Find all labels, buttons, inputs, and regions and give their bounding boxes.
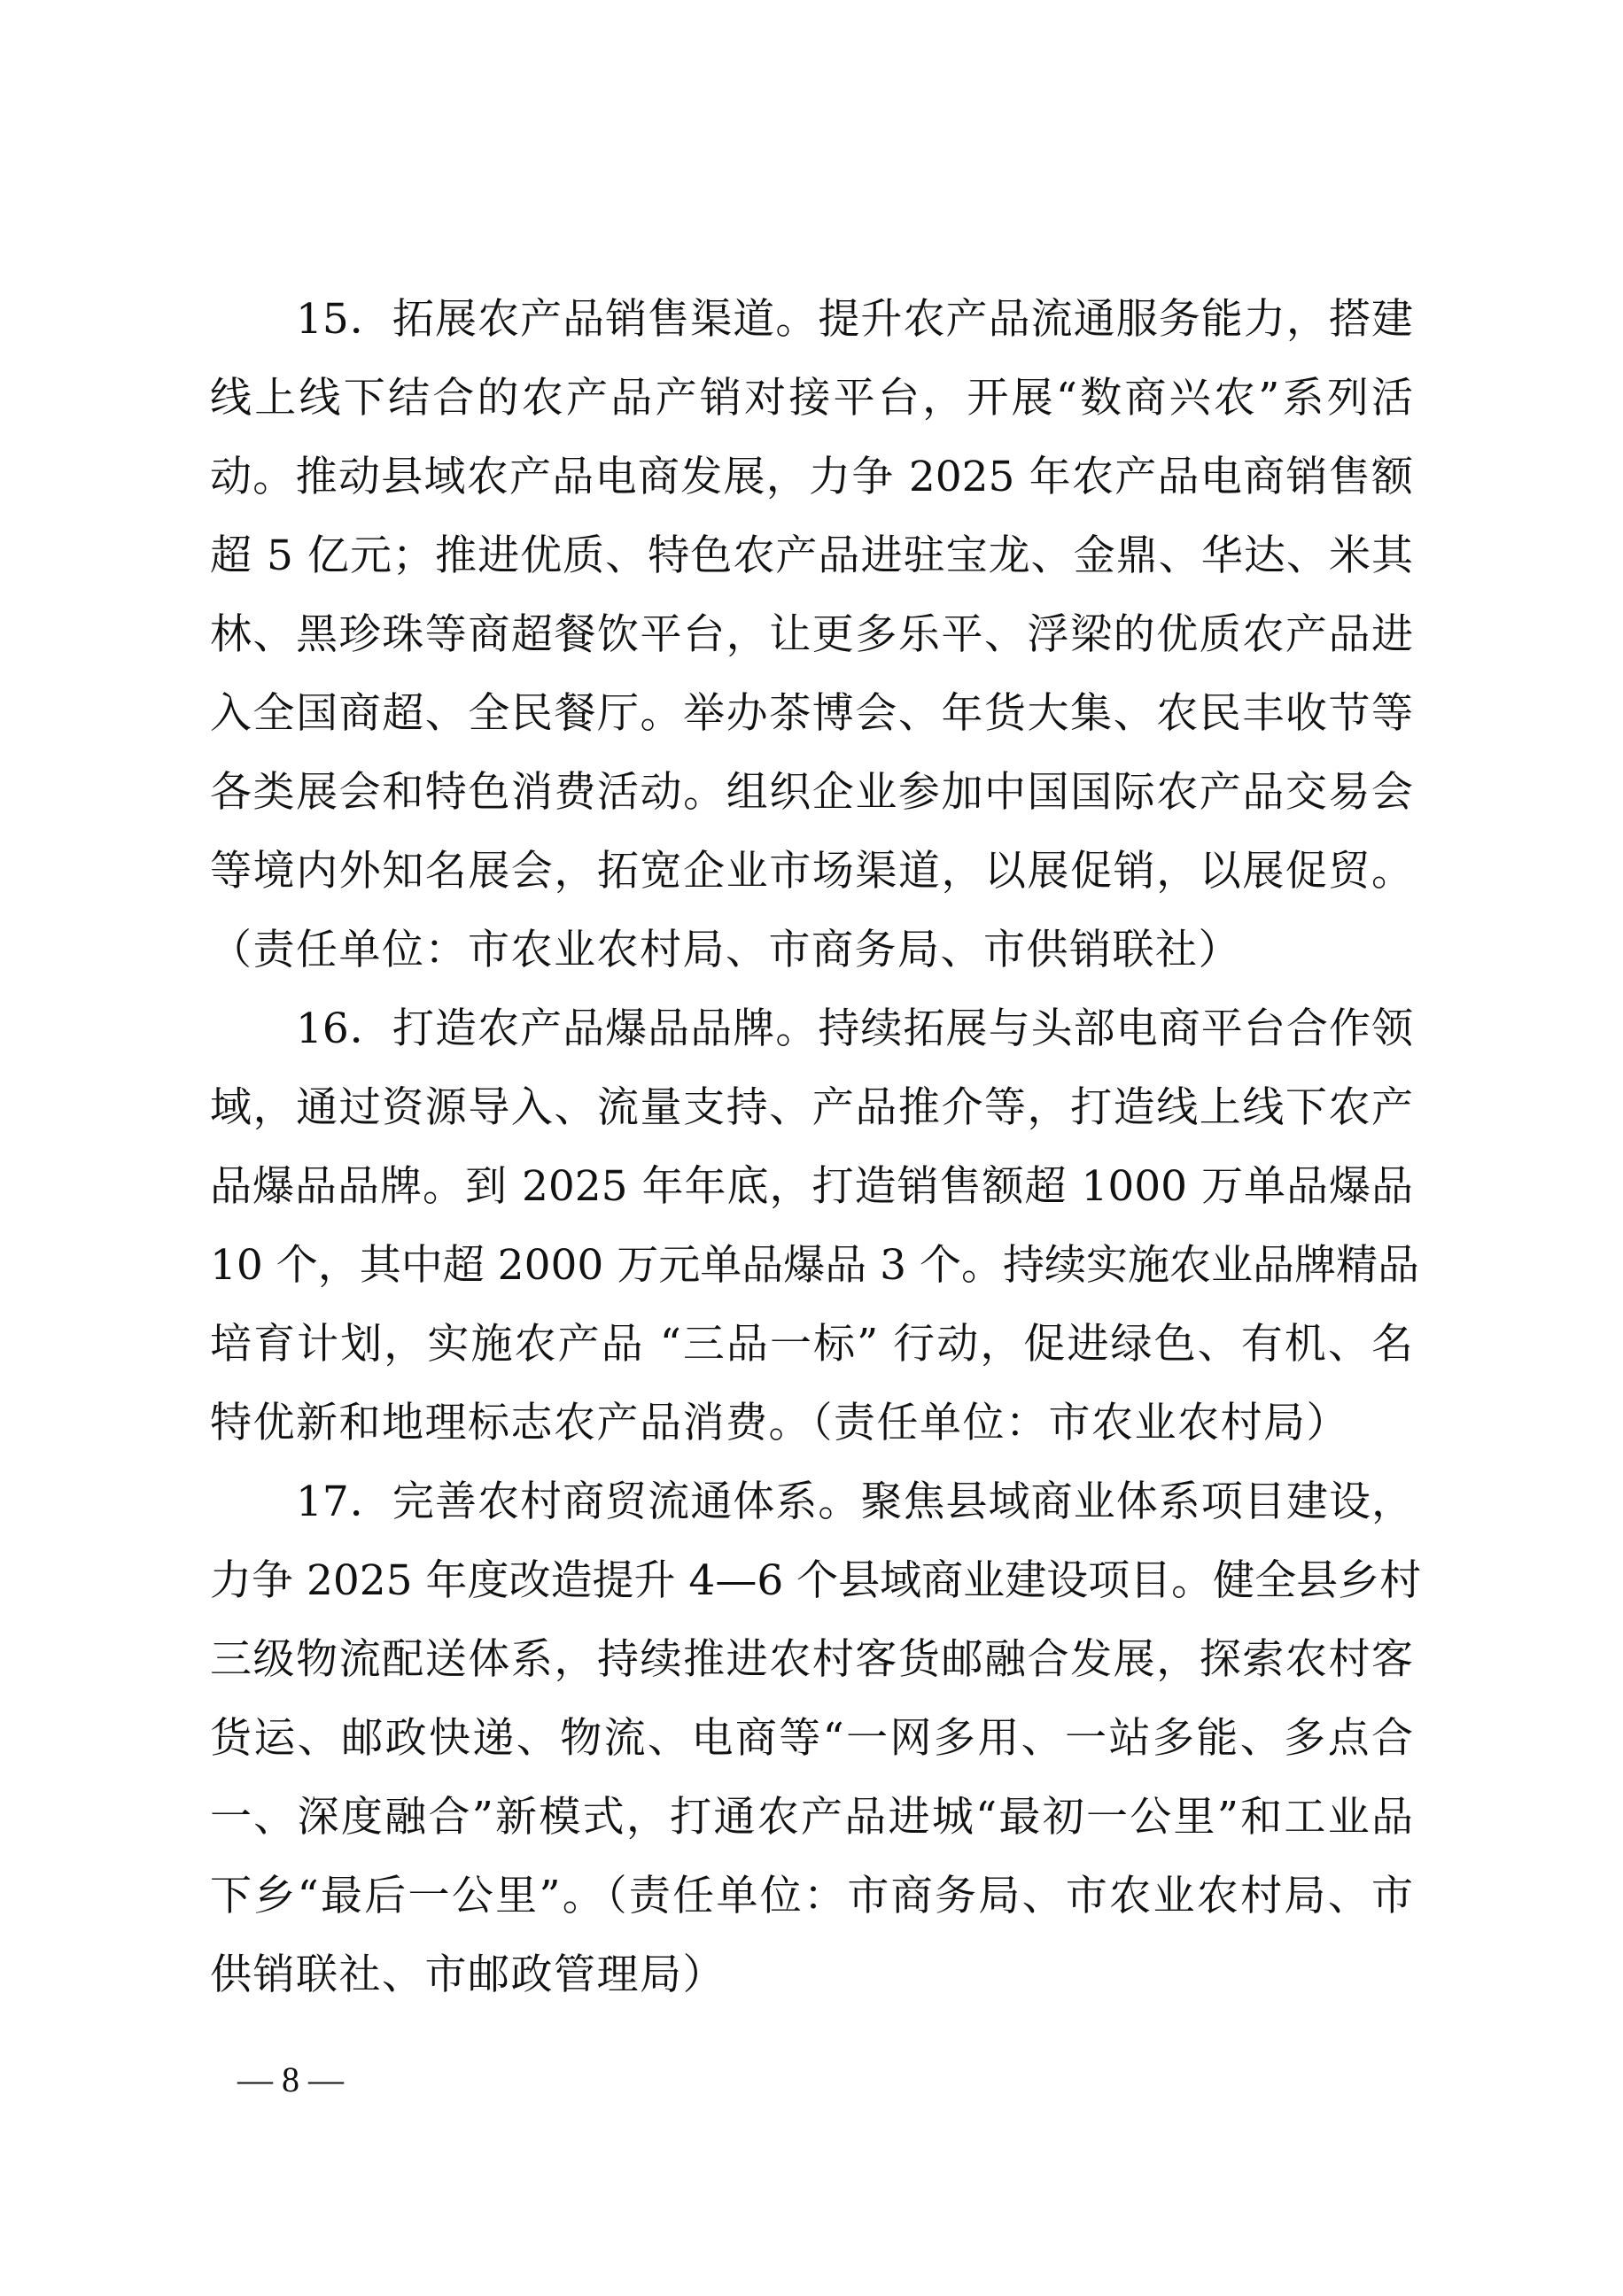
text-line: 超 5 亿元；推进优质、特色农产品进驻宝龙、金鼎、华达、米其 (210, 516, 1413, 595)
responsible-units-line: （责任单位：市农业农村局、市商务局、市供销联社） (210, 911, 1413, 989)
text-line: 10 个，其中超 2000 万元单品爆品 3 个。持续实施农业品牌精品 (210, 1226, 1413, 1305)
text-line: 等境内外知名展会，拓宽企业市场渠道，以展促销，以展促贸。 (210, 832, 1413, 911)
text-line: 17．完善农村商贸流通体系。聚焦县域商业体系项目建设， (210, 1462, 1413, 1541)
text-line: 一、深度融合”新模式，打通农产品进城“最初一公里”和工业品 (210, 1778, 1413, 1857)
text-line: 培育计划，实施农产品 “三品一标” 行动，促进绿色、有机、名 (210, 1305, 1413, 1384)
responsible-units-line: 供销联社、市邮政管理局） (210, 1935, 1413, 2014)
text-line: 线上线下结合的农产品产销对接平台，开展“数商兴农”系列活 (210, 359, 1413, 438)
document-page: 15．拓展农产品销售渠道。提升农产品流通服务能力，搭建 线上线下结合的农产品产销… (0, 0, 1623, 2296)
text-line: 货运、邮政快递、物流、电商等“一网多用、一站多能、多点合 (210, 1699, 1413, 1778)
text-line: 入全国商超、全民餐厅。举办茶博会、年货大集、农民丰收节等 (210, 674, 1413, 753)
text-line: 三级物流配送体系，持续推进农村客货邮融合发展，探索农村客 (210, 1620, 1413, 1699)
paragraph-15: 15．拓展农产品销售渠道。提升农产品流通服务能力，搭建 线上线下结合的农产品产销… (210, 280, 1413, 989)
paragraph-16: 16．打造农产品爆品品牌。持续拓展与头部电商平台合作领 域，通过资源导入、流量支… (210, 989, 1413, 1462)
text-line: 力争 2025 年度改造提升 4—6 个县域商业建设项目。健全县乡村 (210, 1541, 1413, 1620)
text-line: 动。推动县域农产品电商发展，力争 2025 年农产品电商销售额 (210, 438, 1413, 516)
responsible-units-line: 特优新和地理标志农产品消费。（责任单位：市农业农村局） (210, 1384, 1413, 1462)
text-line: 林、黑珍珠等商超餐饮平台，让更多乐平、浮梁的优质农产品进 (210, 595, 1413, 674)
text-line: 域，通过资源导入、流量支持、产品推介等，打造线上线下农产 (210, 1068, 1413, 1147)
paragraph-17: 17．完善农村商贸流通体系。聚焦县域商业体系项目建设， 力争 2025 年度改造… (210, 1462, 1413, 2014)
text-line: 各类展会和特色消费活动。组织企业参加中国国际农产品交易会 (210, 753, 1413, 832)
page-number: — 8 — (237, 2053, 344, 2106)
text-line: 16．打造农产品爆品品牌。持续拓展与头部电商平台合作领 (210, 989, 1413, 1068)
text-line: 下乡“最后一公里”。（责任单位：市商务局、市农业农村局、市 (210, 1857, 1413, 1935)
document-body: 15．拓展农产品销售渠道。提升农产品流通服务能力，搭建 线上线下结合的农产品产销… (210, 280, 1413, 2014)
text-line: 15．拓展农产品销售渠道。提升农产品流通服务能力，搭建 (210, 280, 1413, 359)
text-line: 品爆品品牌。到 2025 年年底，打造销售额超 1000 万单品爆品 (210, 1147, 1413, 1226)
